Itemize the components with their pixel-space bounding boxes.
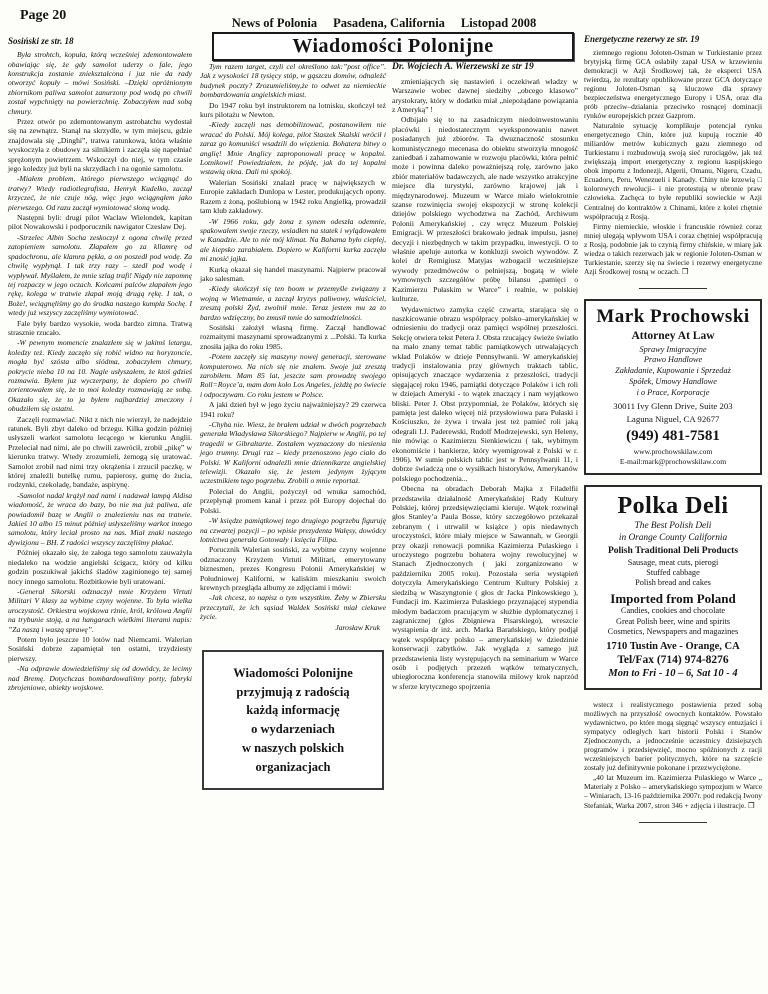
paragraph: Kurką okazał się handel maszynami. Najpi… xyxy=(200,265,386,284)
ad-polka-imported: Candies, cookies and chocolateGreat Poli… xyxy=(588,606,758,637)
paragraph: Porucznik Walerian sosiński, za wybitne … xyxy=(200,545,386,592)
paragraph: -Strzelec Albin Socha zeskoczył z ogona … xyxy=(8,233,192,318)
paragraph: Walerian Sosiński znalazł pracę w najwię… xyxy=(200,178,386,216)
page-end-divider xyxy=(639,822,707,823)
notice-line: organizacjach xyxy=(208,758,378,777)
paragraph: -Samolot nadal krążył nad nami i nadawał… xyxy=(8,491,192,547)
ad-polka-imported-heading: Imported from Poland xyxy=(588,591,758,607)
paragraph: Tym razem target, czyli cel określono ta… xyxy=(200,62,386,100)
paragraph: -Kiedy skończył się ten boom w przemyśle… xyxy=(200,284,386,322)
ad-polka-hours: Mon to Fri - 10 – 6, Sat 10 - 4 xyxy=(588,668,758,681)
paragraph: Poleciał do Anglii, pożyczył od wnuka sa… xyxy=(200,487,386,515)
ad-polka-products: Sausage, meat cuts, pierogiStuffed cabba… xyxy=(588,558,758,589)
ad-prochowski-email: E-mail:mark@prochowskilaw.com xyxy=(588,457,758,467)
paragraph: A jaki dzień był w jego życiu najważniej… xyxy=(200,400,386,419)
paragraph: Była strohtch, kopuła, którą wcześniej z… xyxy=(8,50,192,116)
ad-polka-phone: Tel/Fax (714) 974-8276 xyxy=(588,653,758,667)
paragraph: Jarosław Kruk xyxy=(200,623,386,632)
paragraph: Później okazało się, że załoga tego samo… xyxy=(8,548,192,586)
masthead: News of Polonia Pasadena, California Lis… xyxy=(184,16,584,31)
ad-prochowski-name: Mark Prochowski xyxy=(588,307,758,328)
article-energetyczne: ziemnego regionu Joloten-Osman w Turkies… xyxy=(584,48,762,276)
ad-service: Sprawy Imigracyjne xyxy=(588,345,758,356)
page-number: Page 20 xyxy=(20,8,66,24)
paragraph: zmieniających się nastawień i oczekiwań … xyxy=(392,77,578,115)
article-sosinski-col2: Tym razem target, czyli cel określono ta… xyxy=(200,62,386,632)
ad-polka-address: 1710 Tustin Ave - Orange, CA xyxy=(588,641,758,654)
column-4-right: Energetyczne rezerwy ze str. 19 ziemnego… xyxy=(584,34,762,833)
paragraph: „40 lat Muzeum im. Kazimierza Pulaskiego… xyxy=(584,773,762,809)
ad-prochowski-address1: 30011 Ivy Glenn Drive, Suite 203 xyxy=(588,401,758,412)
polka-line: Cosmetics, Newspapers and magazines xyxy=(588,627,758,637)
ad-polka-name: Polka Deli xyxy=(588,493,758,519)
ad-prochowski-address2: Laguna Niguel, CA 92677 xyxy=(588,414,758,425)
masthead-city: Pasadena, California xyxy=(333,16,445,31)
ad-prochowski-phone: (949) 481-7581 xyxy=(588,427,758,445)
column-2-sosinski: Tym razem target, czyli cel określono ta… xyxy=(200,62,386,790)
paragraph: Odbijało się to na zasadniczym niedoinwe… xyxy=(392,115,578,303)
masthead-date: Listopad 2008 xyxy=(461,16,536,31)
notice-line: każdą informację xyxy=(208,701,378,720)
paragraph: Przez otwór po zdemontowanym astrohatchu… xyxy=(8,117,192,173)
section-title-box: Wiadomości Polonijne xyxy=(212,32,574,61)
ad-service: i o Prace, Korporacje xyxy=(588,388,758,399)
notice-line: w naszych polskich xyxy=(208,739,378,758)
ad-service: Zakładanie, Kupowanie i Sprzedaż xyxy=(588,366,758,377)
ad-mark-prochowski: Mark Prochowski Attorney At Law Sprawy I… xyxy=(584,299,762,476)
polka-line: Great Polish beer, wine and spirits xyxy=(588,617,758,627)
paragraph: -W księdze pamiątkowej tego drugiego pog… xyxy=(200,516,386,544)
paragraph: -Chyba nie. Wiesz, że brałem udział w dw… xyxy=(200,420,386,486)
notice-line: przyjmują z radością xyxy=(208,683,378,702)
article-end-divider xyxy=(639,288,707,289)
ad-prochowski-services: Sprawy ImigracyjnePrawo HandloweZakładan… xyxy=(588,345,758,399)
paragraph: -Jak chcesz, to napisz o tym wszystkim. … xyxy=(200,593,386,621)
ad-polka-tagline1: The Best Polish Deli xyxy=(588,520,758,532)
paragraph: -Generał Sikorski odznaczył mnie Krzyżem… xyxy=(8,587,192,634)
paragraph: Firmy niemieckie, włoskie i francuskie r… xyxy=(584,222,762,276)
paragraph: -W pewnym momencie znalazłem się w jakim… xyxy=(8,338,192,413)
masthead-publication: News of Polonia xyxy=(232,16,317,31)
section-title: Wiadomości Polonijne xyxy=(292,35,493,58)
article-sosinski-col1: Była strohtch, kopuła, którą wcześniej z… xyxy=(8,50,192,692)
paragraph: Następni byli: drugi pilot Wacław Wielon… xyxy=(8,213,192,232)
paragraph: wstecz i realistycznego postawienia prze… xyxy=(584,700,762,772)
paragraph: -Kiedy zaczęli nas demobilizować, postan… xyxy=(200,120,386,176)
paragraph: Sosiński założył własną firmę. Zaczął ha… xyxy=(200,323,386,351)
polka-line: Stuffed cabbage xyxy=(588,568,758,578)
ad-polka-products-heading: Polish Traditional Deli Products xyxy=(588,546,758,558)
notice-line: Wiadomości Polonijne xyxy=(208,664,378,683)
paragraph: Zaczęli rozmawiać. Nikt z nich nie wierz… xyxy=(8,415,192,490)
article-wierzewski-col3: zmieniających się nastawień i oczekiwań … xyxy=(392,77,578,691)
ad-prochowski-website: www.prochowskilaw.com xyxy=(588,447,758,457)
paragraph: Obecna na obradach Deborah Majka z Filad… xyxy=(392,484,578,691)
paragraph: Wydawnictwo zamyka część czwarta, staraj… xyxy=(392,305,578,484)
paragraph: -Miałem problem, którego pierwszego wcią… xyxy=(8,174,192,212)
paragraph: Do 1947 roku był instruktorem na lotnisk… xyxy=(200,101,386,120)
paragraph: -Na odprawie dowiedzieliśmy się od dowód… xyxy=(8,664,192,692)
paragraph: ziemnego regionu Joloten-Osman w Turkies… xyxy=(584,48,762,120)
polka-line: Polish bread and cakes xyxy=(588,578,758,588)
paragraph: -W 1966 roku, gdy żona z synem odeszła o… xyxy=(200,217,386,264)
paragraph: -Potem zaczęły się maszyny nowej generac… xyxy=(200,352,386,399)
paragraph: Potem było jeszcze 10 lotów nad Niemcami… xyxy=(8,635,192,663)
ad-polka-tagline2: in Orange County California xyxy=(588,532,758,544)
continuation-heading-sosinski: Sosiński ze str. 18 xyxy=(8,36,192,47)
ad-service: Spółek, Umowy Handlowe xyxy=(588,377,758,388)
polka-line: Sausage, meat cuts, pierogi xyxy=(588,558,758,568)
ad-service: Prawo Handlowe xyxy=(588,355,758,366)
notice-box: Wiadomości Polonijneprzyjmują z radością… xyxy=(202,650,384,791)
ad-prochowski-title: Attorney At Law xyxy=(588,329,758,343)
polka-line: Candies, cookies and chocolate xyxy=(588,606,758,616)
paragraph: Naturalnie sytuację komplikuje potencjał… xyxy=(584,121,762,220)
article-wierzewski-col4: wstecz i realistycznego postawienia prze… xyxy=(584,700,762,809)
column-1-sosinski: Sosiński ze str. 18 Była strohtch, kopuł… xyxy=(8,36,192,693)
continuation-heading-wierzewski: Dr. Wojciech A. Wierzewski ze str 19 xyxy=(392,62,578,74)
notice-line: o wydarzeniach xyxy=(208,720,378,739)
continuation-heading-energetyczne: Energetyczne rezerwy ze str. 19 xyxy=(584,34,762,45)
ad-polka-deli: Polka Deli The Best Polish Deli in Orang… xyxy=(584,485,762,690)
paragraph: Fale były bardzo wysokie, woda bardzo zi… xyxy=(8,319,192,338)
column-3-wierzewski: Dr. Wojciech A. Wierzewski ze str 19 zmi… xyxy=(392,62,578,692)
